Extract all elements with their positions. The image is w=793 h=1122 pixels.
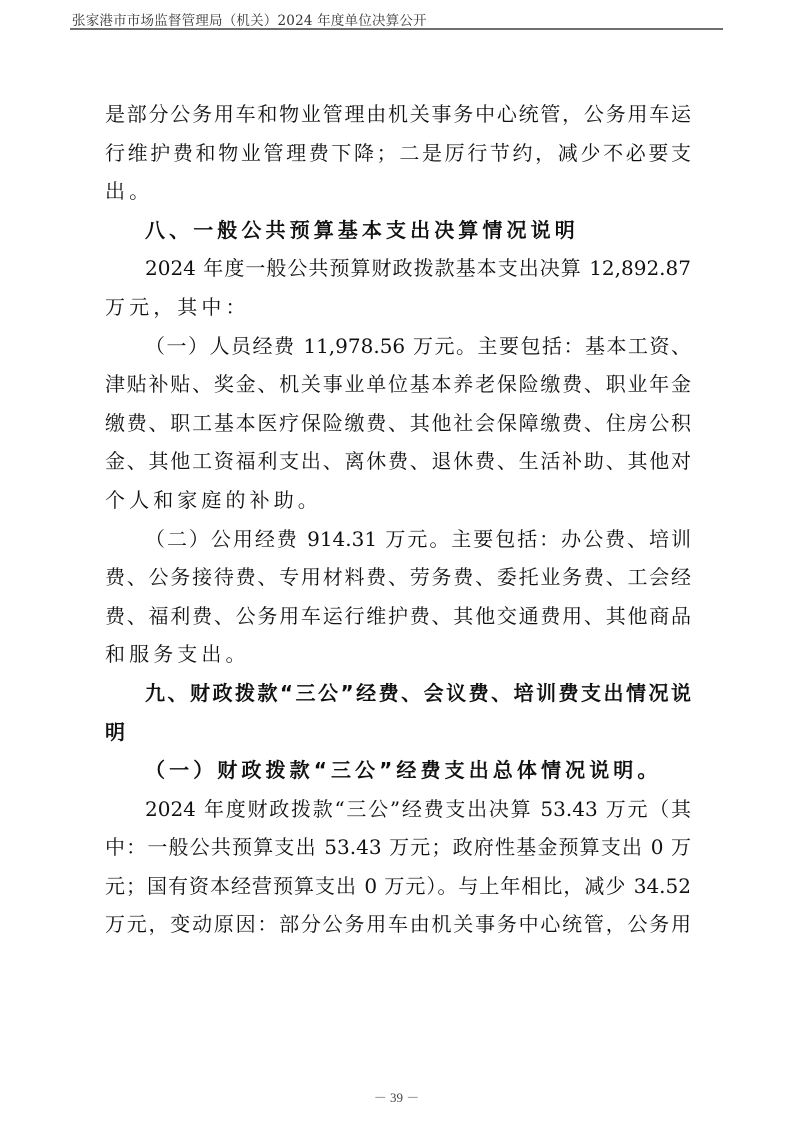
paragraph-line: 金、其他工资福利支出、离休费、退休费、生活补助、其他对 bbox=[105, 442, 691, 481]
subheading-three-public-overview: （一）财政拨款“三公”经费支出总体情况说明。 bbox=[105, 751, 691, 790]
subheading-public-expense: （二）公用经费 914.31 万元。主要包括：办公费、培训 bbox=[105, 520, 691, 559]
paragraph-line: 2024 年度财政拨款“三公”经费支出决算 53.43 万元（其 bbox=[105, 790, 691, 829]
paragraph-line: 出。 bbox=[105, 172, 691, 211]
paragraph-line: 中：一般公共预算支出 53.43 万元；政府性基金预算支出 0 万 bbox=[105, 828, 691, 867]
paragraph-line: 津贴补贴、奖金、机关事业单位基本养老保险缴费、职业年金 bbox=[105, 365, 691, 404]
paragraph-line: 和服务支出。 bbox=[105, 635, 691, 674]
paragraph-line: 元；国有资本经营预算支出 0 万元）。与上年相比，减少 34.52 bbox=[105, 867, 691, 906]
section-heading-9: 九、财政拨款“三公”经费、会议费、培训费支出情况说 bbox=[105, 674, 691, 713]
paragraph-line: 2024 年度一般公共预算财政拨款基本支出决算 12,892.87 bbox=[105, 249, 691, 288]
paragraph-line: 行维护费和物业管理费下降；二是厉行节约，减少不必要支 bbox=[105, 134, 691, 173]
paragraph-line: 缴费、职工基本医疗保险缴费、其他社会保障缴费、住房公积 bbox=[105, 404, 691, 443]
paragraph-line: 个人和家庭的补助。 bbox=[105, 481, 691, 520]
running-header: 张家港市市场监督管理局（机关）2024 年度单位决算公开 bbox=[72, 9, 427, 29]
paragraph-line: 费、福利费、公务用车运行维护费、其他交通费用、其他商品 bbox=[105, 597, 691, 636]
paragraph-line: 费、公务接待费、专用材料费、劳务费、委托业务费、工会经 bbox=[105, 558, 691, 597]
header-divider bbox=[70, 28, 723, 30]
subheading-personnel-expense: （一）人员经费 11,978.56 万元。主要包括：基本工资、 bbox=[105, 327, 691, 366]
paragraph-line: 是部分公务用车和物业管理由机关事务中心统管，公务用车运 bbox=[105, 95, 691, 134]
section-heading-9-cont: 明 bbox=[105, 713, 691, 752]
page-number: － 39 － bbox=[0, 1087, 793, 1106]
paragraph-line: 万元，其中： bbox=[105, 288, 691, 327]
paragraph-line: 万元，变动原因：部分公务用车由机关事务中心统管，公务用 bbox=[105, 905, 691, 944]
document-body: 是部分公务用车和物业管理由机关事务中心统管，公务用车运 行维护费和物业管理费下降… bbox=[105, 95, 691, 944]
section-heading-8: 八、一般公共预算基本支出决算情况说明 bbox=[105, 211, 691, 250]
